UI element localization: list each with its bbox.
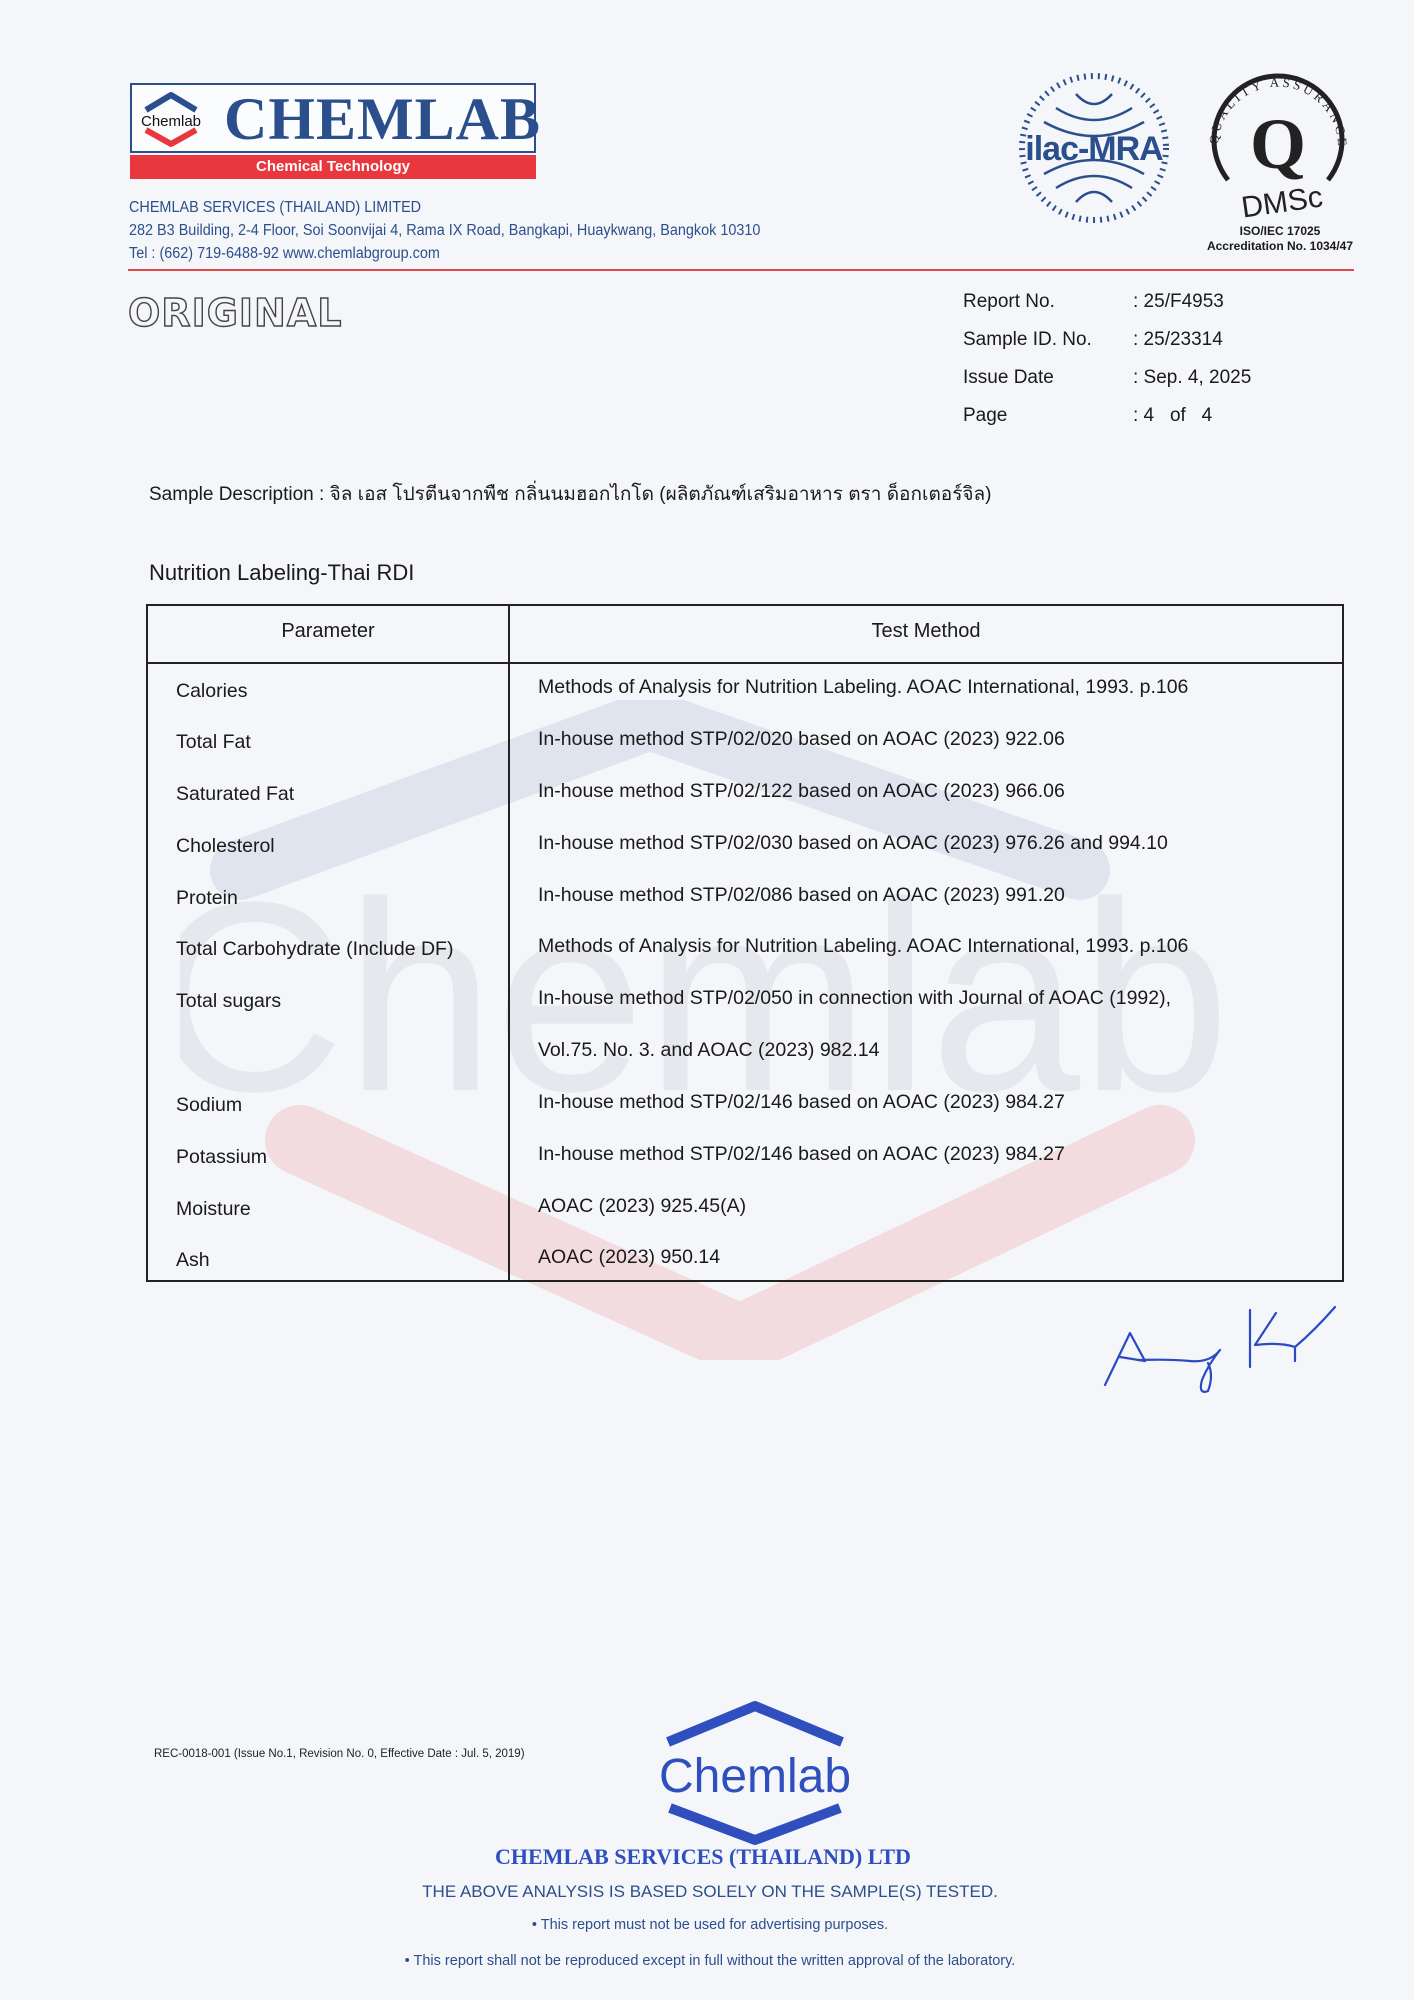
table-row-method: AOAC (2023) 950.14 — [538, 1246, 720, 1269]
table-row-parameter: Sodium — [176, 1094, 242, 1117]
chemlab-logo: Chemlab CHEMLAB — [130, 83, 536, 153]
page-value: : 4 of 4 — [1133, 397, 1212, 435]
table-row-parameter: Calories — [176, 680, 248, 703]
section-title: Nutrition Labeling-Thai RDI — [149, 560, 414, 586]
report-info: Report No. : 25/F4953 Sample ID. No. : 2… — [963, 283, 1251, 435]
table-row-parameter: Protein — [176, 887, 238, 910]
signature — [1090, 1295, 1340, 1405]
report-number-value: : 25/F4953 — [1133, 283, 1224, 321]
report-number-row: Report No. : 25/F4953 — [963, 283, 1251, 321]
original-stamp: ORIGINAL — [128, 291, 342, 335]
table-row-method: In-house method STP/02/020 based on AOAC… — [538, 728, 1065, 751]
table-row-parameter: Ash — [176, 1249, 210, 1272]
disclaimer-main: THE ABOVE ANALYSIS IS BASED SOLELY ON TH… — [400, 1882, 1020, 1902]
table-row-method: In-house method STP/02/122 based on AOAC… — [538, 780, 1065, 803]
accreditation-number: Accreditation No. 1034/47 — [1192, 239, 1368, 254]
column-divider — [508, 606, 510, 1280]
logo-wordmark: CHEMLAB — [224, 87, 541, 151]
svg-text:Chemlab: Chemlab — [660, 1750, 850, 1803]
issue-date-label: Issue Date — [963, 359, 1133, 397]
table-row-parameter: Total Carbohydrate (Include DF) — [176, 938, 453, 961]
header-divider — [128, 269, 1354, 271]
iso-standard: ISO/IEC 17025 — [1192, 224, 1368, 239]
table-row-method: In-house method STP/02/146 based on AOAC… — [538, 1091, 1065, 1114]
svg-text:Q: Q — [1250, 104, 1306, 184]
disclaimer-advertising: • This report must not be used for adver… — [400, 1917, 1020, 1933]
ilac-mra-seal-icon: ilac-MRA — [1016, 70, 1172, 226]
sample-description-label: Sample Description : — [149, 484, 324, 505]
table-row-parameter: Potassium — [176, 1146, 267, 1169]
table-row-method: Methods of Analysis for Nutrition Labeli… — [538, 676, 1188, 699]
table-row-parameter: Moisture — [176, 1198, 251, 1221]
column-header-parameter: Parameter — [148, 620, 508, 643]
company-contact: Tel : (662) 719-6488-92 www.chemlabgroup… — [129, 242, 760, 265]
issue-date-value: : Sep. 4, 2025 — [1133, 359, 1251, 397]
table-row-parameter: Total Fat — [176, 731, 251, 754]
header-row-divider — [148, 662, 1342, 664]
sample-id-label: Sample ID. No. — [963, 321, 1133, 359]
test-method-table: Parameter Test Method Calories Methods o… — [146, 604, 1344, 1282]
company-name: CHEMLAB SERVICES (THAILAND) LIMITED — [129, 196, 760, 219]
sample-id-value: : 25/23314 — [1133, 321, 1223, 359]
svg-text:DMSc: DMSc — [1239, 180, 1324, 220]
iso-accreditation: ISO/IEC 17025 Accreditation No. 1034/47 — [1192, 224, 1368, 254]
company-info: CHEMLAB SERVICES (THAILAND) LIMITED 282 … — [129, 196, 808, 265]
sample-description: Sample Description : จิล เอส โปรตีนจากพื… — [149, 479, 992, 509]
dmsc-quality-seal-icon: QUALITY ASSURANCE Q DMSc — [1198, 70, 1358, 220]
table-row-parameter: Total sugars — [176, 990, 281, 1013]
table-row-parameter: Saturated Fat — [176, 783, 294, 806]
chemlab-stamp-icon: Chemlab — [660, 1700, 850, 1850]
table-row-parameter: Cholesterol — [176, 835, 275, 858]
page-row: Page : 4 of 4 — [963, 397, 1251, 435]
column-header-test-method: Test Method — [510, 620, 1342, 643]
issue-date-row: Issue Date : Sep. 4, 2025 — [963, 359, 1251, 397]
disclaimer-reproduction: • This report shall not be reproduced ex… — [360, 1953, 1060, 1969]
table-row-method: In-house method STP/02/146 based on AOAC… — [538, 1143, 1065, 1166]
company-address: 282 B3 Building, 2-4 Floor, Soi Soonvija… — [129, 219, 760, 242]
sample-id-row: Sample ID. No. : 25/23314 — [963, 321, 1251, 359]
report-number-label: Report No. — [963, 283, 1133, 321]
stamp-company-name: CHEMLAB SERVICES (THAILAND) LTD — [440, 1844, 966, 1870]
svg-text:ilac-MRA: ilac-MRA — [1025, 130, 1163, 168]
chemlab-emblem-icon: Chemlab — [140, 90, 202, 148]
table-row-method: In-house method STP/02/050 in connection… — [538, 987, 1171, 1010]
svg-text:Chemlab: Chemlab — [141, 113, 201, 130]
table-row-method: Methods of Analysis for Nutrition Labeli… — [538, 935, 1188, 958]
table-row-method-continued: Vol.75. No. 3. and AOAC (2023) 982.14 — [538, 1039, 879, 1062]
table-row-method: In-house method STP/02/086 based on AOAC… — [538, 884, 1065, 907]
logo-tagline: Chemical Technology — [130, 155, 536, 179]
table-row-method: AOAC (2023) 925.45(A) — [538, 1195, 746, 1218]
page-label: Page — [963, 397, 1133, 435]
table-row-method: In-house method STP/02/030 based on AOAC… — [538, 832, 1168, 855]
form-reference: REC-0018-001 (Issue No.1, Revision No. 0… — [154, 1748, 525, 1760]
sample-description-value: จิล เอส โปรตีนจากพืช กลิ่นนมฮอกไกโด (ผลิ… — [330, 484, 992, 505]
